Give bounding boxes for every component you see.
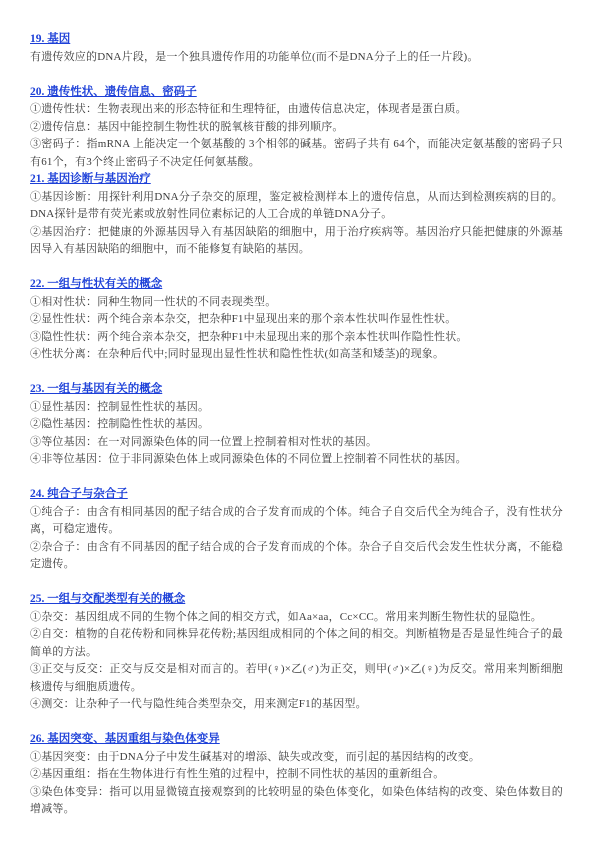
section-paragraph: 有遗传效应的DNA片段，是一个独具遗传作用的功能单位(而不是DNA分子上的任一片… — [30, 49, 563, 67]
section-paragraph: ②基因重组：指在生物体进行有性生殖的过程中，控制不同性状的基因的重新组合。 — [30, 766, 563, 784]
section-paragraph: ②隐性基因：控制隐性性状的基因。 — [30, 416, 563, 434]
section-paragraph: ①基因突变：由于DNA分子中发生碱基对的增添、缺失或改变，而引起的基因结构的改变… — [30, 749, 563, 767]
section-paragraph: ③密码子：指mRNA 上能决定一个氨基酸的 3个相邻的碱基。密码子共有 64个，… — [30, 136, 563, 171]
document-page: 19. 基因 有遗传效应的DNA片段，是一个独具遗传作用的功能单位(而不是DNA… — [0, 0, 591, 819]
section: 21. 基因诊断与基因治疗 ①基因诊断：用探针利用DNA分子杂交的原理，鉴定被检… — [30, 171, 563, 259]
section-paragraph: ②基因治疗：把健康的外源基因导入有基因缺陷的细胞中，用于治疗疾病等。基因治疗只能… — [30, 224, 563, 259]
section-paragraph: ④性状分离：在杂种后代中;同时显现出显性性状和隐性性状(如高茎和矮茎)的现象。 — [30, 346, 563, 364]
section-paragraph: ①基因诊断：用探针利用DNA分子杂交的原理，鉴定被检测样本上的遗传信息，从而达到… — [30, 189, 563, 224]
section-heading: 24. 纯合子与杂合子 — [30, 486, 563, 504]
section-paragraph: ②显性性状：两个纯合亲本杂交，把杂种F1中显现出来的那个亲本性状叫作显性性状。 — [30, 311, 563, 329]
section-paragraph: ②自交：植物的自花传粉和同株异花传粉;基因组成相同的个体之间的相交。判断植物是否… — [30, 626, 563, 661]
section-heading: 21. 基因诊断与基因治疗 — [30, 171, 563, 189]
section: 23. 一组与基因有关的概念 ①显性基因：控制显性性状的基因。②隐性基因：控制隐… — [30, 381, 563, 469]
section-heading: 25. 一组与交配类型有关的概念 — [30, 591, 563, 609]
section: 22. 一组与性状有关的概念 ①相对性状：同种生物同一性状的不同表现类型。②显性… — [30, 276, 563, 364]
section-paragraph: ③隐性性状：两个纯合亲本杂交，把杂种F1中未显现出来的那个亲本性状叫作隐性性状。 — [30, 329, 563, 347]
section-paragraph: ③正交与反交：正交与反交是相对而言的。若甲(♀)×乙(♂)为正交，则甲(♂)×乙… — [30, 661, 563, 696]
section-paragraph: ④非等位基因：位于非同源染色体上或同源染色体的不同位置上控制着不同性状的基因。 — [30, 451, 563, 469]
section-heading: 23. 一组与基因有关的概念 — [30, 381, 563, 399]
section-paragraph: ①纯合子：由含有相同基因的配子结合成的合子发育而成的个体。纯合子自交后代全为纯合… — [30, 504, 563, 539]
section-paragraph: ④测交：让杂种子一代与隐性纯合类型杂交，用来测定F1的基因型。 — [30, 696, 563, 714]
section-paragraph: ①杂交：基因组成不同的生物个体之间的相交方式，如Aa×aa，Cc×CC。常用来判… — [30, 609, 563, 627]
section-heading: 22. 一组与性状有关的概念 — [30, 276, 563, 294]
section-paragraph: ①显性基因：控制显性性状的基因。 — [30, 399, 563, 417]
section-heading: 26. 基因突变、基因重组与染色体变异 — [30, 731, 563, 749]
section-heading: 20. 遗传性状、遗传信息、密码子 — [30, 84, 563, 102]
section-paragraph: ①遗传性状：生物表现出来的形态特征和生理特征，由遗传信息决定，体现者是蛋白质。 — [30, 101, 563, 119]
section-paragraph: ②遗传信息：基因中能控制生物性状的脱氧核苷酸的排列顺序。 — [30, 119, 563, 137]
section-heading: 19. 基因 — [30, 31, 563, 49]
section: 26. 基因突变、基因重组与染色体变异 ①基因突变：由于DNA分子中发生碱基对的… — [30, 731, 563, 819]
section: 19. 基因 有遗传效应的DNA片段，是一个独具遗传作用的功能单位(而不是DNA… — [30, 31, 563, 66]
section: 20. 遗传性状、遗传信息、密码子 ①遗传性状：生物表现出来的形态特征和生理特征… — [30, 84, 563, 172]
section-paragraph: ②杂合子：由含有不同基因的配子结合成的合子发育而成的个体。杂合子自交后代会发生性… — [30, 539, 563, 574]
section-paragraph: ①相对性状：同种生物同一性状的不同表现类型。 — [30, 294, 563, 312]
section: 25. 一组与交配类型有关的概念 ①杂交：基因组成不同的生物个体之间的相交方式，… — [30, 591, 563, 714]
section-paragraph: ③染色体变异：指可以用显微镜直接观察到的比较明显的染色体变化，如染色体结构的改变… — [30, 784, 563, 819]
section: 24. 纯合子与杂合子 ①纯合子：由含有相同基因的配子结合成的合子发育而成的个体… — [30, 486, 563, 574]
section-paragraph: ③等位基因：在一对同源染色体的同一位置上控制着相对性状的基因。 — [30, 434, 563, 452]
